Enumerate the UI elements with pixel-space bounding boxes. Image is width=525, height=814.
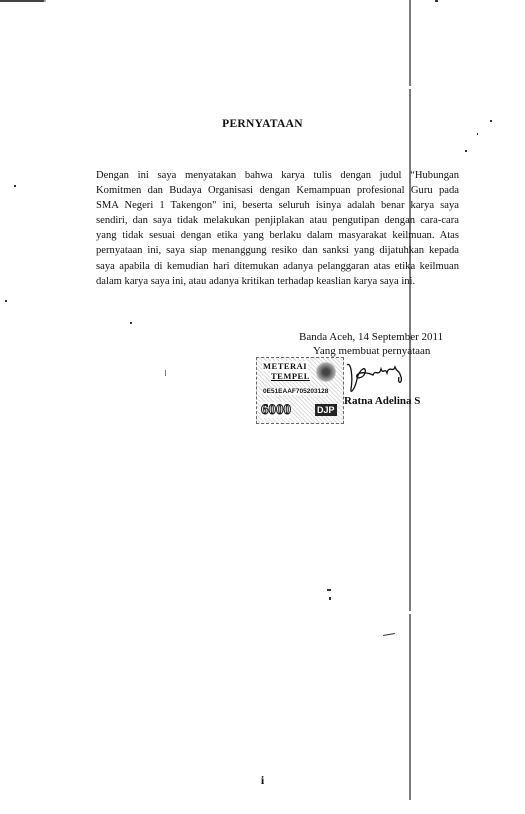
scan-speck [14, 185, 16, 187]
body-line: saya apabila di kemudian hari ditemukan … [96, 259, 459, 274]
scan-speck [490, 120, 492, 122]
body-line: Dengan ini saya menyatakan bahwa karya t… [96, 168, 459, 183]
statement-body: Dengan ini saya menyatakan bahwa karya t… [96, 168, 459, 289]
scan-artifact-top-line [0, 0, 44, 2]
scan-artifact-gap [409, 86, 411, 89]
stamp-label: TEMPEL [270, 371, 311, 381]
scan-speck [327, 589, 331, 591]
signer-role: Yang membuat pernyataan [313, 345, 430, 357]
body-line: yang tidak sesuai dengan etika yang berl… [96, 228, 459, 243]
body-line: dalam karya saya ini, atau adanya kritik… [96, 274, 459, 289]
body-line: Komitmen dan Budaya Organisasi dengan Ke… [96, 183, 459, 198]
body-line: SMA Negeri 1 Takengon" ini, beserta selu… [96, 198, 459, 213]
scan-speck [465, 150, 467, 152]
scan-speck [130, 322, 132, 324]
body-line: sendiri, dan saya tidak melakukan penjip… [96, 213, 459, 228]
scan-speck [329, 597, 331, 600]
stamp-value: 6000 [261, 402, 291, 418]
page-title: PERNYATAAN [0, 118, 525, 130]
page-number: i [0, 773, 525, 788]
body-line: pernyataan ini, saya siap menanggung res… [96, 243, 459, 258]
scan-artifact-gap [409, 611, 411, 614]
scan-artifact-top-mark [44, 0, 46, 2]
stamp-serial: 0E51EAAF705203128 [263, 388, 328, 395]
scan-speck [165, 370, 166, 376]
scan-speck [477, 133, 478, 135]
stamp-label: METERAI [262, 361, 308, 371]
place-date: Banda Aceh, 14 September 2011 [299, 331, 443, 343]
scan-speck [383, 633, 395, 636]
signature-icon [343, 359, 413, 399]
revenue-stamp: METERAI TEMPEL 0E51EAAF705203128 6000 DJ… [256, 357, 344, 424]
scan-speck [5, 300, 7, 302]
scan-speck [435, 0, 438, 2]
stamp-issuer: DJP [315, 404, 337, 416]
garuda-emblem-icon [315, 362, 337, 382]
signer-name: Ratna Adelina S [344, 395, 420, 407]
